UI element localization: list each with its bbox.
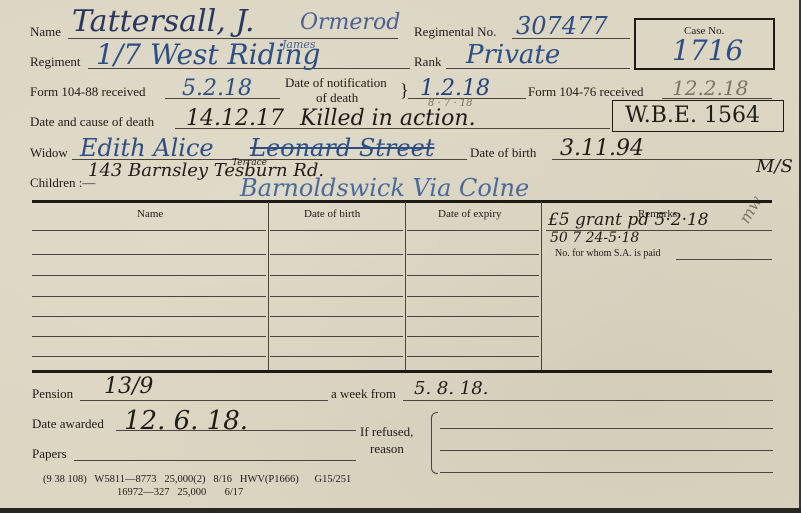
table-row-line bbox=[270, 230, 403, 231]
address-insert: Terrace bbox=[232, 158, 267, 168]
table-row-line bbox=[407, 296, 539, 297]
table-row-line bbox=[407, 275, 539, 276]
papers-label: Papers bbox=[32, 446, 67, 462]
date-awarded-label: Date awarded bbox=[32, 416, 104, 432]
side-initials: mw bbox=[735, 192, 766, 227]
remarks-line-1: £5 grant pd 5·2·18 bbox=[548, 210, 709, 230]
if-refused-label: If refused, bbox=[360, 424, 413, 440]
notification-label-line2: of death bbox=[316, 90, 358, 106]
table-divider-2 bbox=[405, 202, 406, 370]
refused-line-2 bbox=[440, 450, 773, 451]
widow-struck-address: Leonard Street bbox=[250, 134, 434, 162]
table-row-line bbox=[407, 230, 539, 231]
children-label: Children :— bbox=[30, 175, 95, 191]
table-row-line bbox=[32, 356, 266, 357]
widow-dob-label: Date of birth bbox=[470, 145, 536, 161]
widow-label: Widow bbox=[30, 145, 68, 161]
column-header-dob: Date of birth bbox=[304, 208, 360, 220]
table-row-line bbox=[32, 296, 266, 297]
table-divider-3 bbox=[541, 202, 542, 370]
name-value: Tattersall, J. bbox=[72, 4, 255, 39]
regimental-no-value: 307477 bbox=[516, 12, 608, 40]
refused-bracket-icon bbox=[431, 412, 438, 474]
week-from-label: a week from bbox=[331, 386, 396, 402]
rank-value: Private bbox=[466, 40, 560, 70]
sa-paid-underline bbox=[676, 259, 772, 260]
table-row-line bbox=[32, 275, 266, 276]
table-row-line bbox=[407, 356, 539, 357]
column-header-expiry: Date of expiry bbox=[438, 208, 502, 220]
table-row-line bbox=[270, 316, 403, 317]
print-code-line-2: 16972—327 25,000 6/17 bbox=[117, 487, 243, 498]
widow-name: Edith Alice bbox=[80, 134, 214, 162]
table-row-line bbox=[270, 296, 403, 297]
table-row-line bbox=[32, 254, 266, 255]
name-label: Name bbox=[30, 24, 61, 40]
pension-value: 13/9 bbox=[104, 374, 153, 399]
papers-underline bbox=[74, 460, 356, 461]
reason-label: reason bbox=[370, 441, 404, 457]
table-row-line bbox=[270, 356, 403, 357]
week-from-value: 5. 8. 18. bbox=[414, 378, 488, 399]
address-line-2: Barnoldswick Via Colne bbox=[240, 174, 529, 202]
notification-label-line1: Date of notification bbox=[285, 75, 387, 91]
pension-underline bbox=[80, 400, 328, 401]
table-row-line bbox=[32, 230, 266, 231]
case-no-value: 1716 bbox=[672, 34, 743, 67]
pension-label: Pension bbox=[32, 386, 73, 402]
regimental-no-label: Regimental No. bbox=[414, 24, 496, 40]
table-row-line bbox=[407, 316, 539, 317]
form-104-76-value: 12.2.18 bbox=[672, 76, 748, 100]
death-label: Date and cause of death bbox=[30, 114, 154, 130]
table-bottom-rule bbox=[32, 370, 772, 373]
date-awarded-value: 12. 6. 18. bbox=[124, 406, 248, 436]
refused-line-3 bbox=[440, 472, 773, 473]
case-number-box: Case No. 1716 bbox=[634, 18, 775, 70]
initials: M/S bbox=[756, 156, 793, 177]
table-row-line bbox=[407, 336, 539, 337]
pension-record-card: Name Tattersall, J. Ormerod James Regime… bbox=[0, 0, 801, 508]
rank-label: Rank bbox=[414, 54, 441, 70]
wbe-stamp-box: W.B.E. 1564 bbox=[612, 100, 784, 132]
print-code-line-1: (9 38 108) W5811—8773 25,000(2) 8/16 HWV… bbox=[43, 474, 351, 485]
table-row-line bbox=[32, 336, 266, 337]
column-header-name: Name bbox=[137, 208, 163, 220]
widow-dob-value: 3.11.94 bbox=[560, 136, 644, 161]
table-row-line bbox=[270, 336, 403, 337]
regiment-value: 1/7 West Riding bbox=[96, 38, 320, 71]
death-cause: Killed in action. bbox=[300, 106, 476, 131]
table-row-line bbox=[407, 254, 539, 255]
form-104-76-label: Form 104-76 received bbox=[528, 84, 644, 100]
table-row-line bbox=[32, 316, 266, 317]
sa-paid-label: No. for whom S.A. is paid bbox=[555, 248, 661, 259]
table-divider-1 bbox=[268, 202, 269, 370]
wbe-stamp-text: W.B.E. 1564 bbox=[625, 103, 760, 128]
table-row-line bbox=[270, 275, 403, 276]
week-from-underline bbox=[403, 400, 773, 401]
table-top-rule bbox=[32, 200, 772, 203]
remarks-line-2: 50 7 24-5·18 bbox=[550, 230, 639, 246]
form-104-88-label: Form 104-88 received bbox=[30, 84, 146, 100]
refused-line-1 bbox=[440, 428, 773, 429]
name-overwrite: Ormerod bbox=[300, 10, 400, 35]
table-row-line bbox=[270, 254, 403, 255]
regiment-label: Regiment bbox=[30, 54, 81, 70]
death-date: 14.12.17 bbox=[186, 106, 284, 131]
form-104-88-value: 5.2.18 bbox=[182, 76, 252, 101]
